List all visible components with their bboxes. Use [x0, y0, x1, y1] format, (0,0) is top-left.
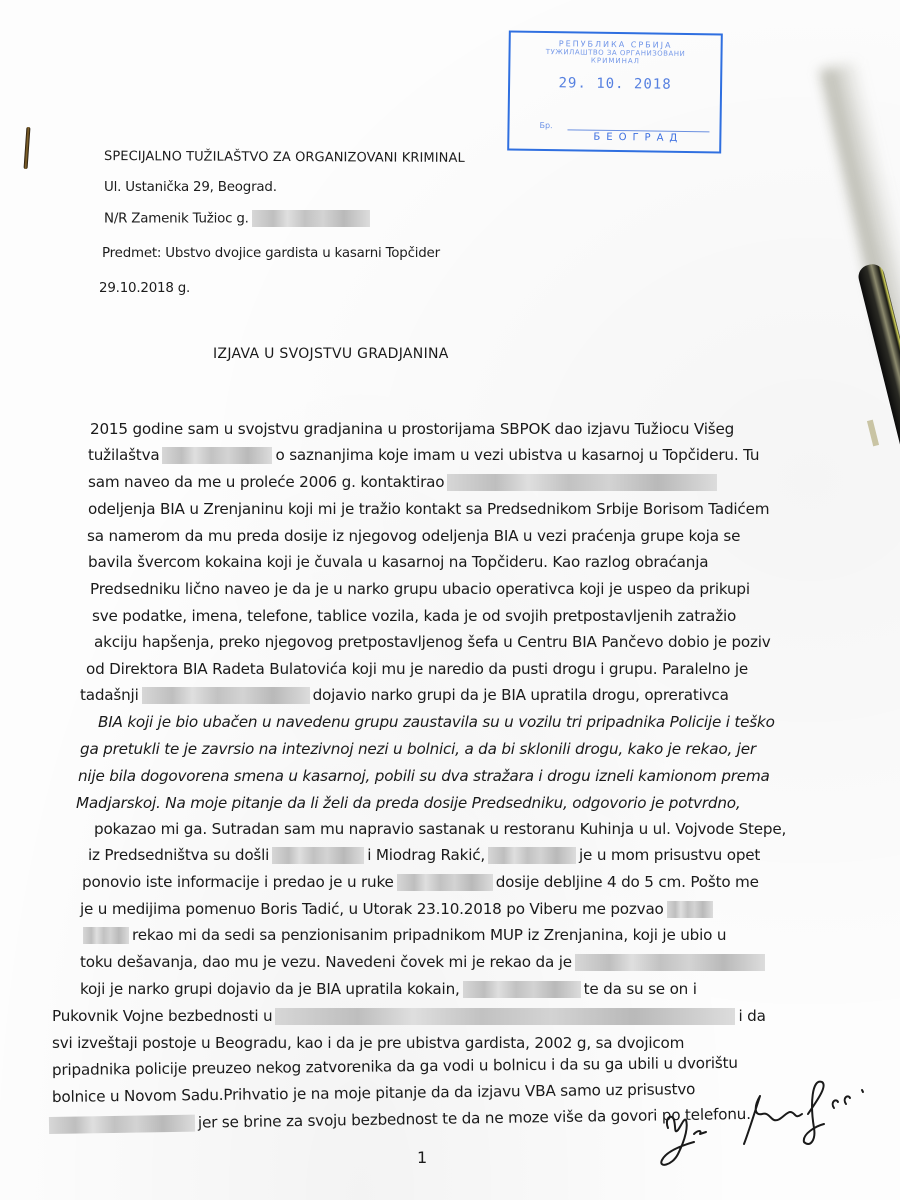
redacted-name: [463, 981, 581, 998]
redacted-name: [488, 847, 576, 864]
page-number: 1: [417, 1148, 427, 1167]
body-text: koji je narko grupi dojavio da je BIA up…: [80, 980, 460, 998]
body-line: jer se brine za svoju bezbednost te da n…: [46, 1105, 751, 1134]
body-text: te da su se on i: [584, 980, 697, 998]
stamp-line-3: КРИМИНАЛ: [510, 56, 720, 67]
redacted-name: [275, 1008, 735, 1025]
redacted-name: [83, 927, 129, 944]
redacted-name: [447, 474, 717, 491]
body-text: o saznanjima koje imam u vezi ubistva u …: [275, 446, 759, 464]
body-line: bavila švercom kokaina koji je čuvala u …: [88, 553, 708, 571]
body-line: tužilaštvao saznanjima koje imam u vezi …: [88, 446, 759, 464]
body-text: Pukovnik Vojne bezbednosti u: [52, 1007, 272, 1025]
address: Ul. Ustanička 29, Beograd.: [104, 180, 277, 195]
body-text: tužilaštva: [88, 446, 159, 464]
body-line: iz Predsedništva su došlii Miodrag Rakić…: [88, 846, 760, 864]
body-line: nije bila dogovorena smena u kasarnoj, p…: [78, 767, 770, 785]
body-text: ponovio iste informacije i predao je u r…: [82, 873, 394, 891]
body-line: Predsedniku lično naveo je da je u narko…: [90, 580, 750, 598]
signature-icon: [650, 1068, 890, 1178]
stamp-date: 29. 10. 2018: [510, 75, 720, 94]
body-text: je u medijima pomenuo Boris Tadić, u Uto…: [80, 900, 664, 918]
body-line: svi izveštaji postoje u Beogradu, kao i …: [52, 1034, 684, 1052]
stamp-number-label: Бр.: [539, 121, 552, 130]
redacted-name: [575, 954, 765, 971]
redacted-name: [142, 687, 310, 704]
redacted-name: [397, 874, 493, 891]
attention-prefix: N/R Zamenik Tužioc g.: [104, 212, 249, 227]
body-line: odeljenja BIA u Zrenjaninu koji mi je tr…: [88, 500, 769, 518]
body-line: BIA koji je bio ubačen u navedenu grupu …: [98, 713, 775, 731]
body-line: ponovio iste informacije i predao je u r…: [82, 873, 759, 891]
body-text: rekao mi da sedi sa penzionisanim pripad…: [132, 926, 726, 944]
redacted-name: [667, 901, 713, 918]
received-stamp: РЕПУБЛИКА СРБИЈА ТУЖИЛАШТВО ЗА ОРГАНИЗОВ…: [507, 31, 723, 154]
body-line: Madjarskoj. Na moje pitanje da li želi d…: [76, 794, 741, 812]
body-line: rekao mi da sedi sa penzionisanim pripad…: [80, 926, 726, 944]
body-text: dosije debljine 4 do 5 cm. Pošto me: [496, 873, 759, 891]
redacted-name: [162, 447, 272, 464]
body-line: sam naveo da me u proleće 2006 g. kontak…: [88, 473, 720, 491]
document-title: IZJAVA U SVOJSTVU GRADJANINA: [213, 346, 449, 362]
body-line: toku dešavanja, dao mu je vezu. Navedeni…: [80, 953, 768, 971]
body-line: ga pretukli te je zavrsio na intezivnoj …: [80, 740, 756, 758]
body-text: i Miodrag Rakić,: [367, 846, 485, 864]
margin-pen-mark: [24, 127, 31, 169]
body-line: pokazao mi ga. Sutradan sam mu napravio …: [94, 820, 786, 838]
pen-label: [867, 420, 879, 447]
document-page: РЕПУБЛИКА СРБИЈА ТУЖИЛАШТВО ЗА ОРГАНИЗОВ…: [0, 0, 900, 1200]
body-text: iz Predsedništva su došli: [88, 846, 269, 864]
body-line: pripadnika policije preuzeo nekog zatvor…: [52, 1054, 738, 1079]
redacted-name: [252, 210, 370, 227]
body-text: tadašnji: [80, 686, 139, 704]
redacted-name: [49, 1115, 195, 1134]
letter-date: 29.10.2018 g.: [99, 281, 190, 296]
redacted-name: [272, 847, 364, 864]
body-line: je u medijima pomenuo Boris Tadić, u Uto…: [80, 900, 716, 918]
stamp-city: БЕОГРАД: [569, 131, 707, 144]
body-text: je u mom prisustvu opet: [579, 846, 760, 864]
body-line: 2015 godine sam u svojstvu gradjanina u …: [90, 420, 734, 438]
body-line: od Direktora BIA Radeta Bulatovića koji …: [86, 660, 748, 678]
body-text: i da: [738, 1007, 765, 1025]
body-line: Pukovnik Vojne bezbednosti ui da: [52, 1007, 766, 1025]
body-text: sam naveo da me u proleće 2006 g. kontak…: [88, 473, 444, 491]
body-line: koji je narko grupi dojavio da je BIA up…: [80, 980, 697, 998]
body-line: bolnice u Novom Sadu.Prihvatio je na moj…: [52, 1080, 695, 1106]
body-line: tadašnjidojavio narko grupi da je BIA up…: [80, 686, 729, 704]
body-line: sa namerom da mu preda dosije iz njegovo…: [87, 527, 740, 545]
body-line: sve podatke, imena, telefone, tablice vo…: [92, 607, 736, 625]
recipient: SPECIJALNO TUŽILAŠTVO ZA ORGANIZOVANI KR…: [104, 149, 465, 166]
body-text: toku dešavanja, dao mu je vezu. Navedeni…: [80, 953, 572, 971]
attention-line: N/R Zamenik Tužioc g.: [104, 210, 373, 227]
subject-line: Predmet: Ubstvo dvojice gardista u kasar…: [102, 246, 440, 261]
body-line: akciju hapšenja, preko njegovog pretpost…: [94, 633, 771, 651]
body-text: dojavio narko grupi da je BIA upratila d…: [313, 686, 729, 704]
